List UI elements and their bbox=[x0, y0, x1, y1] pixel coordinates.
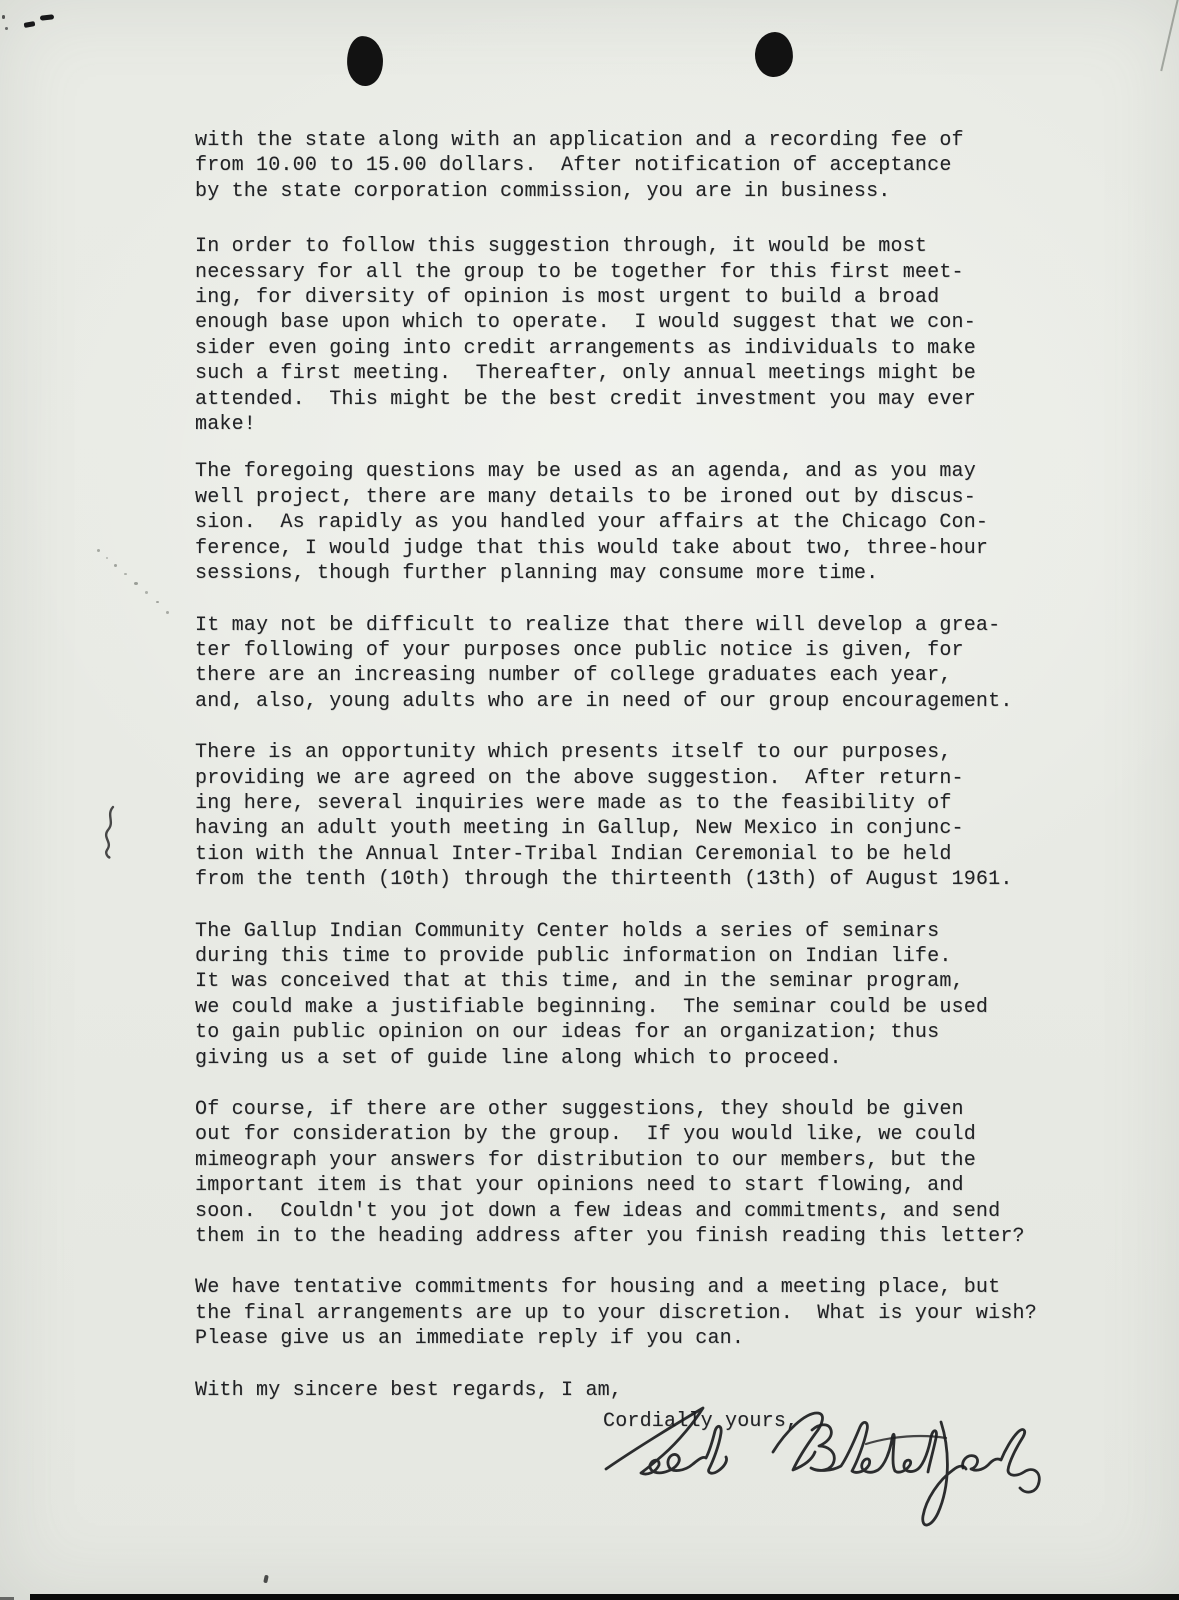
dust-speck bbox=[124, 573, 127, 575]
signature-herb-blatchford bbox=[560, 1380, 1080, 1580]
ink-speck bbox=[24, 21, 36, 28]
dust-speck bbox=[97, 549, 100, 552]
dust-speck bbox=[166, 611, 169, 614]
dust-speck bbox=[145, 591, 148, 594]
letter-paragraph: We have tentative commitments for housin… bbox=[195, 1275, 1075, 1351]
letter-paragraph: The foregoing questions may be used as a… bbox=[195, 459, 1075, 586]
dust-speck bbox=[134, 582, 138, 585]
letter-paragraph: There is an opportunity which presents i… bbox=[195, 740, 1075, 892]
letter-paragraph: In order to follow this suggestion throu… bbox=[195, 234, 1075, 437]
ink-speck bbox=[5, 27, 8, 30]
ink-squiggle-margin bbox=[98, 805, 122, 866]
hole-punch-left bbox=[345, 35, 384, 87]
dust-speck bbox=[106, 557, 108, 559]
ink-speck bbox=[263, 1575, 269, 1584]
dust-speck bbox=[114, 564, 117, 567]
page-corner-crease bbox=[1160, 0, 1179, 71]
letter-paragraph: Of course, if there are other suggestion… bbox=[195, 1097, 1075, 1249]
scanned-letter-page: with the state along with an application… bbox=[0, 0, 1179, 1600]
letter-paragraph: The Gallup Indian Community Center holds… bbox=[195, 919, 1075, 1071]
letter-paragraph: It may not be difficult to realize that … bbox=[195, 613, 1075, 715]
hole-punch-right bbox=[754, 31, 794, 78]
ink-speck bbox=[40, 14, 54, 20]
ink-speck bbox=[2, 15, 5, 19]
letter-paragraph: with the state along with an application… bbox=[195, 128, 1075, 204]
letter-body: with the state along with an application… bbox=[195, 128, 1075, 1434]
scanner-edge-bottom bbox=[30, 1594, 1179, 1600]
dust-speck bbox=[156, 601, 159, 603]
